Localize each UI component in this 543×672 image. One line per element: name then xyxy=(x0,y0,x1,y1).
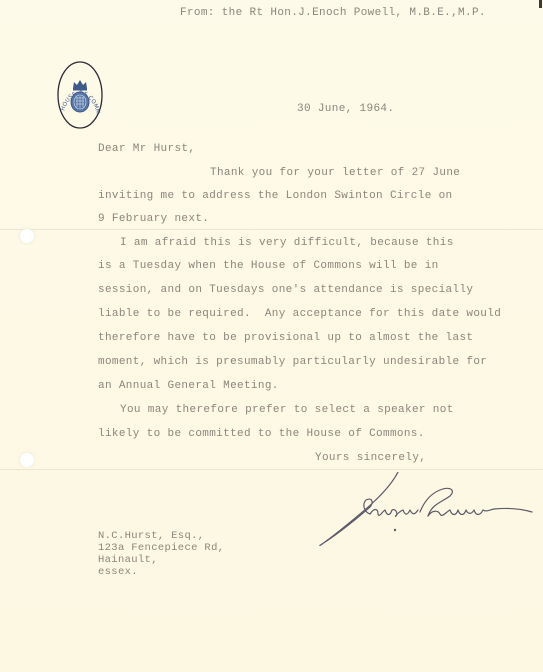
body-line: an Annual General Meeting. xyxy=(98,380,279,392)
body-line: liable to be required. Any acceptance fo… xyxy=(98,308,501,320)
body-line: moment, which is presumably particularly… xyxy=(98,356,487,368)
recipient-county: essex. xyxy=(98,566,138,578)
letter-page: From: the Rt Hon.J.Enoch Powell, M.B.E.,… xyxy=(0,0,543,672)
body-line: therefore have to be provisional up to a… xyxy=(98,332,473,344)
house-of-commons-crest-icon: HOUSE OF COMMONS xyxy=(56,60,104,130)
body-line: Thank you for your letter of 27 June xyxy=(210,167,460,179)
edge-mark xyxy=(539,0,542,8)
body-line: likely to be committed to the House of C… xyxy=(98,428,425,440)
letter-date: 30 June, 1964. xyxy=(297,103,394,115)
paper-fold-line xyxy=(0,469,543,470)
recipient-town: Hainault, xyxy=(98,554,158,566)
letterhead-from-line: From: the Rt Hon.J.Enoch Powell, M.B.E.,… xyxy=(180,7,486,19)
closing: Yours sincerely, xyxy=(315,452,426,464)
recipient-street: 123a Fencepiece Rd, xyxy=(98,542,224,554)
punch-hole xyxy=(20,229,34,243)
punch-hole xyxy=(20,453,34,467)
recipient-name: N.C.Hurst, Esq., xyxy=(98,530,204,542)
salutation: Dear Mr Hurst, xyxy=(98,143,195,155)
signature xyxy=(308,472,543,552)
body-line: is a Tuesday when the House of Commons w… xyxy=(98,260,439,272)
body-line: 9 February next. xyxy=(98,213,209,225)
paper-fold-line xyxy=(0,229,543,230)
body-line: I am afraid this is very difficult, beca… xyxy=(120,237,454,249)
body-line: inviting me to address the London Swinto… xyxy=(98,190,453,202)
body-line: session, and on Tuesdays one's attendanc… xyxy=(98,284,473,296)
body-line: You may therefore prefer to select a spe… xyxy=(120,404,454,416)
